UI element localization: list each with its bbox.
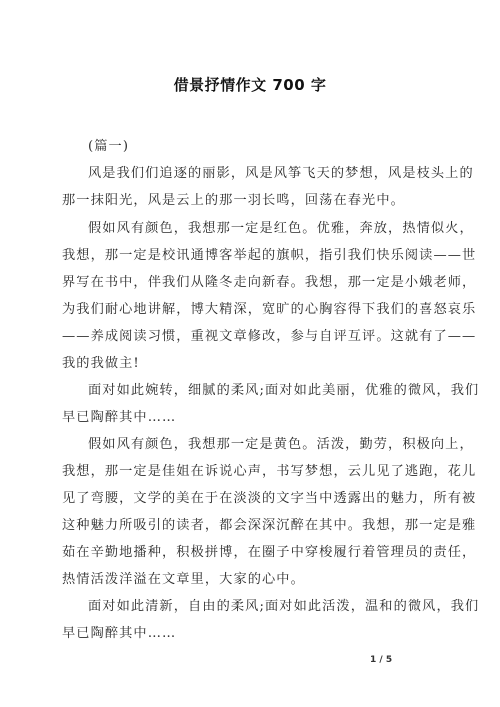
paragraph-line: 面对如此清新，自由的柔风;面对如此活泼，温和的微风，我们 [88,599,466,615]
paragraph-line: 界写在书中，伴我们从隆冬走向新春。我想，那一定是小娥老师， [62,275,440,291]
paragraph-line: 假如风有颜色，我想那一定是红色。优雅，奔放，热情似火， [88,221,466,237]
paragraph-line: 面对如此婉转，细腻的柔风;面对如此美丽，优雅的微风，我们 [88,383,466,399]
paragraph-line: 我想，那一定是佳姐在诉说心声，书写梦想，云儿见了逃跑，花儿 [62,464,440,480]
paragraph-line: 茹在辛勤地播种，积极拼博，在圈子中穿梭履行着管理员的责任， [62,545,440,561]
paragraph-line: 早已陶醉其中…… [62,410,440,426]
document-title: 借景抒情作文 700 字 [0,74,500,95]
section-label: (篇一) [88,139,466,155]
paragraph-line: 这种魅力所吸引的读者，都会深深沉醉在其中。我想，那一定是雅 [62,518,440,534]
paragraph-line: 我想，那一定是校讯通博客举起的旗帜，指引我们快乐阅读——世 [62,248,440,264]
paragraph-line: 假如风有颜色，我想那一定是黄色。活泼，勤劳，积极向上， [88,437,466,453]
paragraph-line: 为我们耐心地讲解，博大精深，宽旷的心胸容得下我们的喜怒哀乐 [62,302,440,318]
paragraph-line: 那一抹阳光，风是云上的那一羽长鸣，回荡在春光中。 [62,193,440,209]
paragraph-line: 热情活泼洋溢在文章里，大家的心中。 [62,572,440,588]
paragraph-line: 见了弯腰，文学的美在于在淡淡的文字当中透露出的魅力，所有被 [62,491,440,507]
paragraph-line: 早已陶醉其中…… [62,626,440,642]
paragraph-line: 风是我们们追逐的丽影，风是风筝飞天的梦想，风是枝头上的 [88,166,466,182]
page-number: 1 / 5 [370,655,392,665]
paragraph-line: 我的我做主! [62,356,440,372]
paragraph-line: ——养成阅读习惯，重视文章修改，参与自评互评。这就有了—— [62,329,440,345]
